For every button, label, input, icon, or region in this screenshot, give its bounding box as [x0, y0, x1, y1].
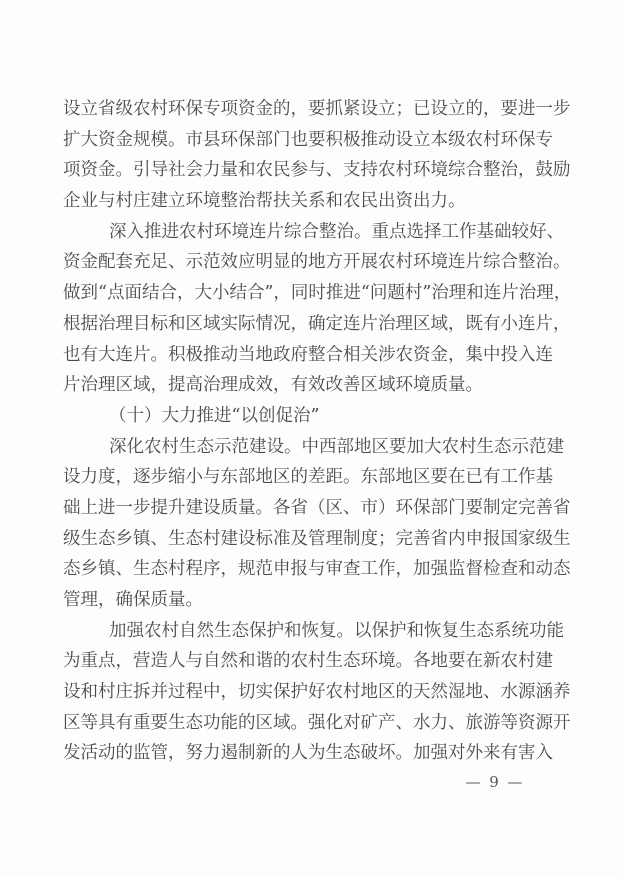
paragraph-natural-ecology-protection: 加强农村自然生态保护和恢复。以保护和恢复生态系统功能 为重点，营造人与自然和谐的… — [63, 616, 527, 769]
text-line: 设立省级农村环保专项资金的，要抓紧设立；已设立的，要进一步 — [63, 94, 527, 125]
section-heading: （十）大力推进“以创促治” — [63, 401, 527, 432]
document-body: 设立省级农村环保专项资金的，要抓紧设立；已设立的，要进一步 扩大资金规模。市县环… — [63, 94, 527, 769]
text-line: 管理，确保质量。 — [63, 585, 527, 616]
text-line: 做到“点面结合，大小结合”，同时推进“问题村”治理和连片治理， — [63, 278, 527, 309]
text-line: 发活动的监管，努力遏制新的人为生态破坏。加强对外来有害入 — [63, 738, 527, 769]
text-line: 根据治理目标和区域实际情况，确定连片治理区域，既有小连片， — [63, 309, 527, 340]
text-line: 资金配套充足、示范效应明显的地方开展农村环境连片综合整治。 — [63, 247, 527, 278]
text-line: 级生态乡镇、生态村建设标准及管理制度；完善省内申报国家级生 — [63, 524, 527, 555]
document-page: 设立省级农村环保专项资金的，要抓紧设立；已设立的，要进一步 扩大资金规模。市县环… — [0, 0, 622, 877]
text-line: 深入推进农村环境连片综合整治。重点选择工作基础较好、 — [63, 217, 527, 248]
text-line: 础上进一步提升建设质量。各省（区、市）环保部门要制定完善省 — [63, 493, 527, 524]
heading-text: （十）大力推进“以创促治” — [63, 401, 527, 432]
text-line: 态乡镇、生态村程序，规范申报与审查工作，加强监督检查和动态 — [63, 554, 527, 585]
text-line: 片治理区域，提高治理成效，有效改善区域环境质量。 — [63, 370, 527, 401]
text-line: 区等具有重要生态功能的区域。强化对矿产、水力、旅游等资源开 — [63, 708, 527, 739]
text-line: 扩大资金规模。市县环保部门也要积极推动设立本级农村环保专 — [63, 125, 527, 156]
text-line: 为重点，营造人与自然和谐的农村生态环境。各地要在新农村建 — [63, 646, 527, 677]
text-line: 加强农村自然生态保护和恢复。以保护和恢复生态系统功能 — [63, 616, 527, 647]
paragraph-continuation: 设立省级农村环保专项资金的，要抓紧设立；已设立的，要进一步 扩大资金规模。市县环… — [63, 94, 527, 217]
text-line: 也有大连片。积极推动当地政府整合相关涉农资金，集中投入连 — [63, 340, 527, 371]
paragraph-contiguous-rectification: 深入推进农村环境连片综合整治。重点选择工作基础较好、 资金配套充足、示范效应明显… — [63, 217, 527, 401]
text-line: 企业与村庄建立环境整治帮扶关系和农民出资出力。 — [63, 186, 527, 217]
text-line: 深化农村生态示范建设。中西部地区要加大农村生态示范建 — [63, 432, 527, 463]
text-line: 设力度，逐步缩小与东部地区的差距。东部地区要在已有工作基 — [63, 462, 527, 493]
paragraph-ecological-demonstration: 深化农村生态示范建设。中西部地区要加大农村生态示范建 设力度，逐步缩小与东部地区… — [63, 432, 527, 616]
page-number: — 9 — — [462, 773, 528, 791]
text-line: 项资金。引导社会力量和农民参与、支持农村环境综合整治，鼓励 — [63, 155, 527, 186]
text-line: 设和村庄拆并过程中，切实保护好农村地区的天然湿地、水源涵养 — [63, 677, 527, 708]
